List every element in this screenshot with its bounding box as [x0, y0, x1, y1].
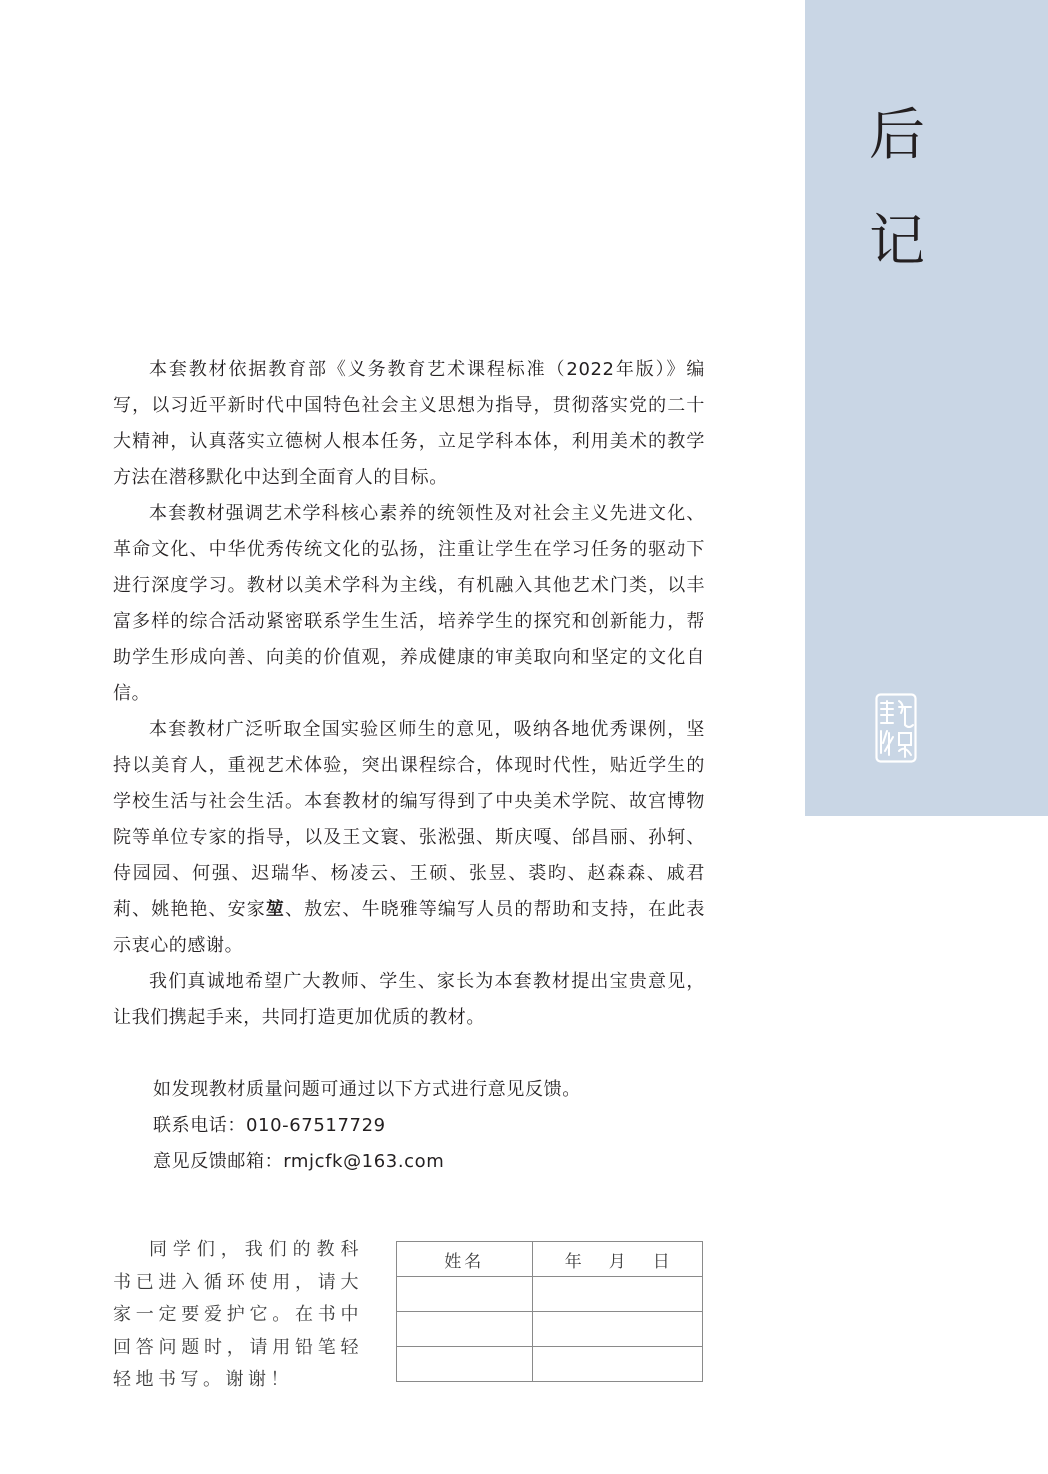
header-name: 姓名 — [397, 1242, 533, 1277]
textbook-record-table: 姓名 年月日 — [396, 1241, 703, 1382]
paragraph-3-bold-char: 堃 — [266, 899, 285, 920]
table-row — [397, 1312, 703, 1347]
header-date: 年月日 — [532, 1242, 702, 1277]
seal-stamp-icon — [875, 693, 917, 763]
date-cell[interactable] — [532, 1277, 702, 1312]
table-header-row: 姓名 年月日 — [397, 1242, 703, 1277]
table-row — [397, 1347, 703, 1382]
date-cell[interactable] — [532, 1347, 702, 1382]
email-address[interactable]: rmjcfk@163.com — [283, 1151, 444, 1172]
paragraph-3-text-before: 本套教材广泛听取全国实验区师生的意见，吸纳各地优秀课例，坚持以美育人，重视艺术体… — [113, 719, 705, 920]
student-notice: 同学们，我们的教科书已进入循环使用，请大家一定要爱护它。在书中回答问题时，请用铅… — [113, 1234, 363, 1397]
sidebar-panel: 后 记 — [805, 0, 1048, 816]
paragraph-4: 我们真诚地希望广大教师、学生、家长为本套教材提出宝贵意见，让我们携起手来，共同打… — [113, 964, 705, 1036]
header-month: 月 — [595, 1247, 639, 1272]
date-cell[interactable] — [532, 1312, 702, 1347]
phone-line: 联系电话：010-67517729 — [153, 1108, 581, 1144]
paragraph-3: 本套教材广泛听取全国实验区师生的意见，吸纳各地优秀课例，坚持以美育人，重视艺术体… — [113, 712, 705, 964]
name-cell[interactable] — [397, 1312, 533, 1347]
feedback-intro: 如发现教材质量问题可通过以下方式进行意见反馈。 — [153, 1072, 581, 1108]
feedback-contact: 如发现教材质量问题可通过以下方式进行意见反馈。 联系电话：010-6751772… — [153, 1072, 581, 1180]
email-label: 意见反馈邮箱： — [153, 1151, 283, 1172]
paragraph-2: 本套教材强调艺术学科核心素养的统领性及对社会主义先进文化、革命文化、中华优秀传统… — [113, 496, 705, 712]
afterword-body: 本套教材依据教育部《义务教育艺术课程标准（2022年版）》编写，以习近平新时代中… — [113, 352, 705, 1036]
header-day: 日 — [639, 1247, 683, 1272]
name-cell[interactable] — [397, 1347, 533, 1382]
table-row — [397, 1277, 703, 1312]
page-title-char-2: 记 — [867, 212, 927, 272]
header-year: 年 — [551, 1247, 595, 1272]
page-title-char-1: 后 — [867, 106, 927, 166]
paragraph-1: 本套教材依据教育部《义务教育艺术课程标准（2022年版）》编写，以习近平新时代中… — [113, 352, 705, 496]
email-line: 意见反馈邮箱：rmjcfk@163.com — [153, 1144, 581, 1180]
phone-number[interactable]: 010-67517729 — [246, 1115, 386, 1136]
name-cell[interactable] — [397, 1277, 533, 1312]
phone-label: 联系电话： — [153, 1115, 246, 1136]
